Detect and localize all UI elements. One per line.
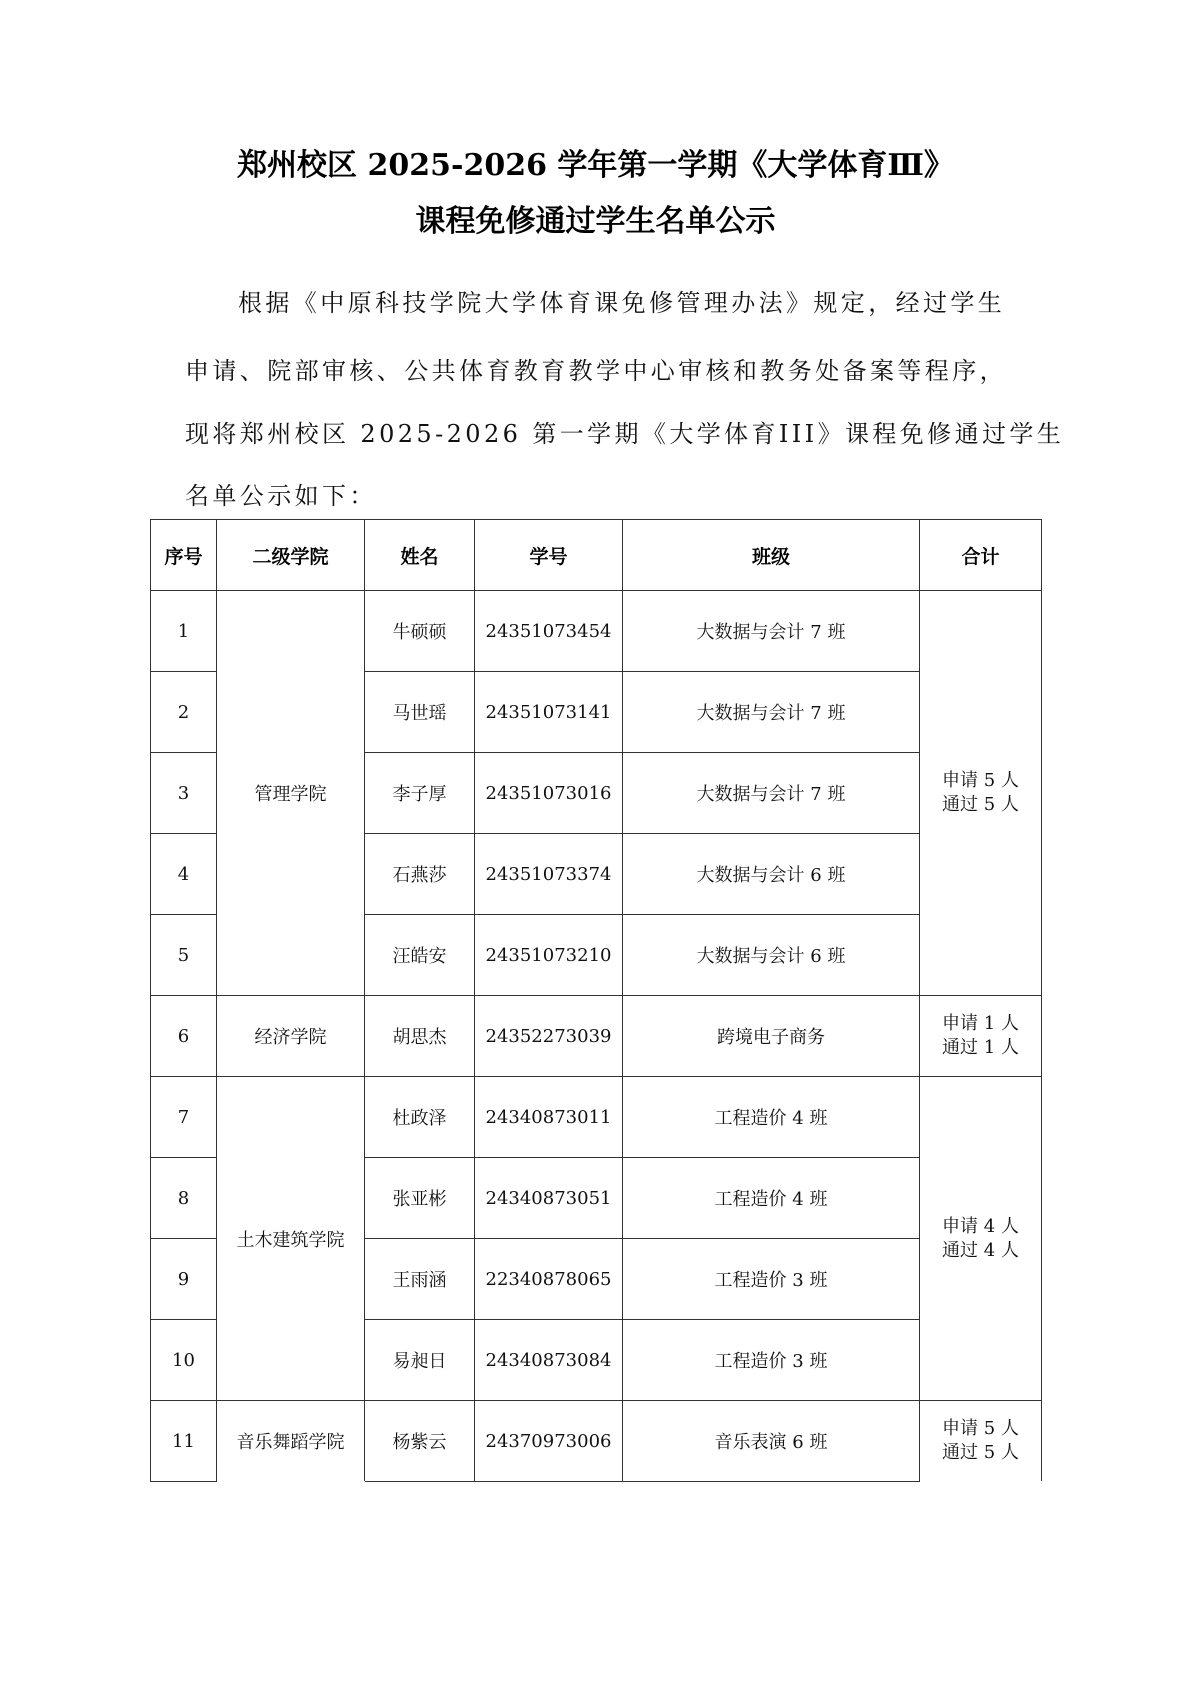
cell-college: 经济学院: [217, 996, 365, 1077]
header-serial-no: 序号: [151, 520, 217, 591]
cell-total: 申请 5 人 通过 5 人: [920, 1401, 1042, 1482]
document-title-line2: 课程免修通过学生名单公示: [0, 196, 1191, 240]
cell-college: 土木建筑学院: [217, 1077, 365, 1401]
cell-class: 大数据与会计 7 班: [623, 672, 920, 753]
header-student-id: 学号: [475, 520, 623, 591]
cell-name: 汪皓安: [365, 915, 475, 996]
table-row: 7 土木建筑学院 杜政泽 24340873011 工程造价 4 班 申请 4 人…: [151, 1077, 1042, 1158]
cell-student-id: 24340873051: [475, 1158, 623, 1239]
header-college: 二级学院: [217, 520, 365, 591]
exemption-student-table: 序号 二级学院 姓名 学号 班级 合计 1 管理学院 牛硕硕 243510734…: [150, 519, 1042, 1482]
cell-student-id: 24340873084: [475, 1320, 623, 1401]
cell-serial-no: 11: [151, 1401, 217, 1482]
cell-student-id: 24351073016: [475, 753, 623, 834]
cell-total: 申请 5 人 通过 5 人: [920, 591, 1042, 996]
cell-serial-no: 5: [151, 915, 217, 996]
cell-class: 工程造价 3 班: [623, 1320, 920, 1401]
cell-name: 马世瑶: [365, 672, 475, 753]
cell-college: 管理学院: [217, 591, 365, 996]
total-applied: 申请 4 人: [920, 1215, 1041, 1239]
cell-serial-no: 9: [151, 1239, 217, 1320]
cell-serial-no: 4: [151, 834, 217, 915]
intro-paragraph-line: 根据《中原科技学院大学体育课免修管理办法》规定，经过学生: [238, 283, 1068, 318]
cell-student-id: 24351073374: [475, 834, 623, 915]
intro-paragraph-line: 申请、院部审核、公共体育教育教学中心审核和教务处备案等程序，: [185, 351, 1015, 386]
total-passed: 通过 5 人: [920, 793, 1041, 817]
header-class: 班级: [623, 520, 920, 591]
cell-name: 牛硕硕: [365, 591, 475, 672]
cell-serial-no: 8: [151, 1158, 217, 1239]
cell-student-id: 24340873011: [475, 1077, 623, 1158]
total-passed: 通过 5 人: [920, 1441, 1041, 1465]
cell-class: 跨境电子商务: [623, 996, 920, 1077]
cell-class: 工程造价 3 班: [623, 1239, 920, 1320]
cell-name: 石燕莎: [365, 834, 475, 915]
cell-student-id: 24351073210: [475, 915, 623, 996]
cell-class: 大数据与会计 6 班: [623, 834, 920, 915]
cell-student-id: 24370973006: [475, 1401, 623, 1482]
cell-class: 大数据与会计 7 班: [623, 591, 920, 672]
intro-paragraph-line: 现将郑州校区 2025-2026 第一学期《大学体育III》课程免修通过学生: [185, 414, 1015, 449]
intro-paragraph-line: 名单公示如下：: [185, 476, 1015, 511]
total-applied: 申请 1 人: [920, 1012, 1041, 1036]
cell-name: 王雨涵: [365, 1239, 475, 1320]
cell-student-id: 24352273039: [475, 996, 623, 1077]
cell-serial-no: 10: [151, 1320, 217, 1401]
document-title-line1: 郑州校区 2025-2026 学年第一学期《大学体育Ⅲ》: [0, 140, 1191, 184]
cell-name: 易昶日: [365, 1320, 475, 1401]
header-total: 合计: [920, 520, 1042, 591]
cell-college: 音乐舞蹈学院: [217, 1401, 365, 1482]
cell-serial-no: 6: [151, 996, 217, 1077]
cell-class: 工程造价 4 班: [623, 1158, 920, 1239]
cell-student-id: 22340878065: [475, 1239, 623, 1320]
cell-serial-no: 2: [151, 672, 217, 753]
cell-student-id: 24351073141: [475, 672, 623, 753]
total-applied: 申请 5 人: [920, 769, 1041, 793]
total-passed: 通过 4 人: [920, 1239, 1041, 1263]
cell-student-id: 24351073454: [475, 591, 623, 672]
total-passed: 通过 1 人: [920, 1036, 1041, 1060]
cell-total: 申请 1 人 通过 1 人: [920, 996, 1042, 1077]
cell-serial-no: 7: [151, 1077, 217, 1158]
total-applied: 申请 5 人: [920, 1417, 1041, 1441]
header-name: 姓名: [365, 520, 475, 591]
cell-serial-no: 1: [151, 591, 217, 672]
table-header-row: 序号 二级学院 姓名 学号 班级 合计: [151, 520, 1042, 591]
cell-class: 大数据与会计 7 班: [623, 753, 920, 834]
cell-name: 李子厚: [365, 753, 475, 834]
cell-class: 音乐表演 6 班: [623, 1401, 920, 1482]
cell-serial-no: 3: [151, 753, 217, 834]
cell-class: 大数据与会计 6 班: [623, 915, 920, 996]
cell-name: 杨紫云: [365, 1401, 475, 1482]
table-row: 6 经济学院 胡思杰 24352273039 跨境电子商务 申请 1 人 通过 …: [151, 996, 1042, 1077]
table-row: 11 音乐舞蹈学院 杨紫云 24370973006 音乐表演 6 班 申请 5 …: [151, 1401, 1042, 1482]
cell-name: 杜政泽: [365, 1077, 475, 1158]
table-row: 1 管理学院 牛硕硕 24351073454 大数据与会计 7 班 申请 5 人…: [151, 591, 1042, 672]
cell-class: 工程造价 4 班: [623, 1077, 920, 1158]
cell-total: 申请 4 人 通过 4 人: [920, 1077, 1042, 1401]
cell-name: 张亚彬: [365, 1158, 475, 1239]
cell-name: 胡思杰: [365, 996, 475, 1077]
